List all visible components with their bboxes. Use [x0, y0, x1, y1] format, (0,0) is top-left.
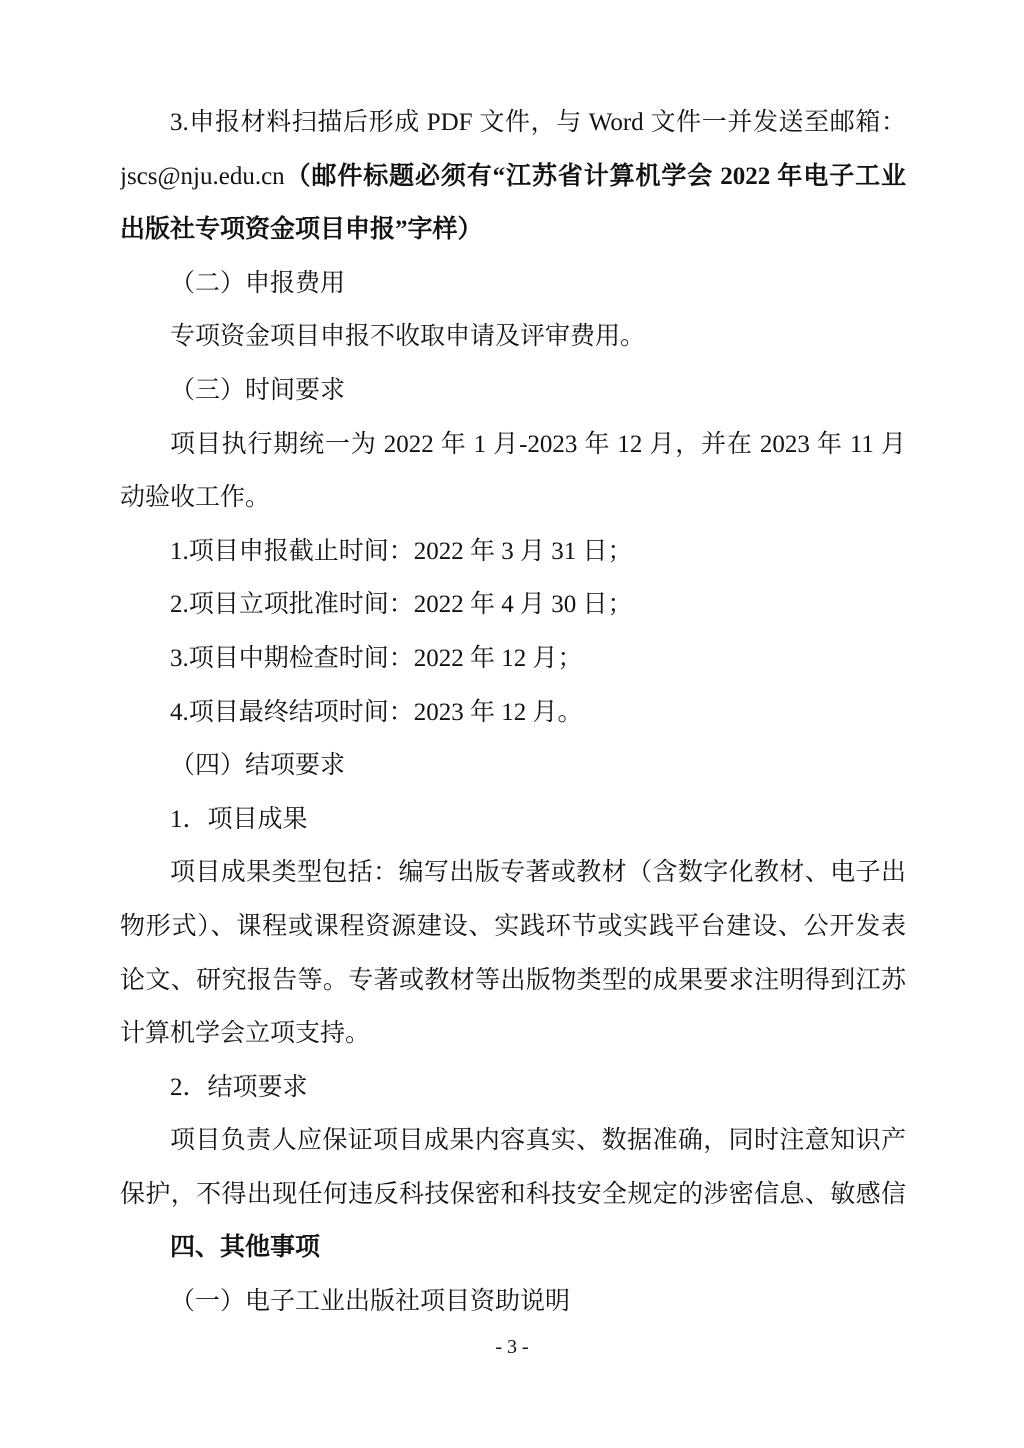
text-run: 项目执行期统一为 2022 年 1 月-2023 年 12 月，并在 2023 … — [120, 431, 906, 472]
list-time-4: 4.项目最终结项时间：2023 年 12 月。 — [120, 686, 906, 740]
text-run: 项目成果类型包括：编写出版专著或教材（含数字化教材、电子出版 — [120, 859, 906, 900]
heading-section-2: （二）申报费用 — [120, 257, 906, 311]
text-run: 项目负责人应保证项目成果内容真实、数据准确，同时注意知识产权 — [120, 1127, 906, 1168]
text-run: 论文、研究报告等。专著或教材等出版物类型的成果要求注明得到江苏省 — [120, 967, 906, 1008]
document-page: 3.申报材料扫描后形成 PDF 文件，与 Word 文件一并发送至邮箱：jscs… — [0, 0, 1024, 1448]
document-body: 3.申报材料扫描后形成 PDF 文件，与 Word 文件一并发送至邮箱：jscs… — [120, 96, 906, 1329]
para-mail-line-2: jscs@nju.edu.cn（邮件标题必须有“江苏省计算机学会 2022 年电… — [120, 150, 906, 204]
list-time-1: 1.项目申报截止时间：2022 年 3 月 31 日； — [120, 525, 906, 579]
list-time-2: 2.项目立项批准时间：2022 年 4 月 30 日； — [120, 578, 906, 632]
para-closure-line-2: 保护，不得出现任何违反科技保密和科技安全规定的涉密信息、敏感信息。 — [120, 1168, 906, 1222]
text-run-bold: 出版社专项资金项目申报”字样） — [120, 216, 483, 243]
list-time-3: 3.项目中期检查时间：2022 年 12 月； — [120, 632, 906, 686]
text-run-bold: 四、其他事项 — [170, 1234, 320, 1261]
para-results-line-1: 项目成果类型包括：编写出版专著或教材（含数字化教材、电子出版 — [120, 846, 906, 900]
para-results-line-3: 论文、研究报告等。专著或教材等出版物类型的成果要求注明得到江苏省 — [120, 954, 906, 1008]
heading-section-4: （四）结项要求 — [120, 739, 906, 793]
text-run: 2．结项要求 — [170, 1074, 308, 1101]
text-run: （三）时间要求 — [170, 377, 345, 404]
para-fee: 专项资金项目申报不收取申请及评审费用。 — [120, 310, 906, 364]
text-run: 动验收工作。 — [120, 484, 270, 511]
text-run: 计算机学会立项支持。 — [120, 1020, 370, 1047]
para-period-line-2: 动验收工作。 — [120, 471, 906, 525]
text-run: 3.项目中期检查时间：2022 年 12 月； — [170, 645, 583, 672]
text-run-bold: （邮件标题必须有“江苏省计算机学会 2022 年电子工业 — [285, 163, 906, 190]
text-run: 4.项目最终结项时间：2023 年 12 月。 — [170, 699, 583, 726]
text-run: （二）申报费用 — [170, 270, 345, 297]
text-run: 2.项目立项批准时间：2022 年 4 月 30 日； — [170, 591, 633, 618]
page-number: - 3 - — [0, 1333, 1024, 1361]
heading-closure: 2．结项要求 — [120, 1061, 906, 1115]
para-mail-line-3: 出版社专项资金项目申报”字样） — [120, 203, 906, 257]
heading-subsidy: （一）电子工业出版社项目资助说明 — [120, 1275, 906, 1329]
para-period-line-1: 项目执行期统一为 2022 年 1 月-2023 年 12 月，并在 2023 … — [120, 418, 906, 472]
text-run: （四）结项要求 — [170, 752, 345, 779]
text-run: 1.项目申报截止时间：2022 年 3 月 31 日； — [170, 538, 633, 565]
para-results-line-2: 物形式）、课程或课程资源建设、实践环节或实践平台建设、公开发表的 — [120, 900, 906, 954]
heading-results-1: 1．项目成果 — [120, 793, 906, 847]
text-run: 专项资金项目申报不收取申请及评审费用。 — [170, 323, 645, 350]
text-run: 物形式）、课程或课程资源建设、实践环节或实践平台建设、公开发表的 — [120, 913, 906, 954]
heading-section-3: （三）时间要求 — [120, 364, 906, 418]
text-run: 1．项目成果 — [170, 806, 308, 833]
email-text: jscs@nju.edu.cn — [120, 163, 285, 190]
text-run: 保护，不得出现任何违反科技保密和科技安全规定的涉密信息、敏感信息。 — [120, 1181, 906, 1222]
para-closure-line-1: 项目负责人应保证项目成果内容真实、数据准确，同时注意知识产权 — [120, 1114, 906, 1168]
para-results-line-4: 计算机学会立项支持。 — [120, 1007, 906, 1061]
para-mail-line-1: 3.申报材料扫描后形成 PDF 文件，与 Word 文件一并发送至邮箱： — [120, 96, 906, 150]
heading-section-other: 四、其他事项 — [120, 1221, 906, 1275]
text-run: （一）电子工业出版社项目资助说明 — [170, 1288, 570, 1315]
text-run: 3.申报材料扫描后形成 PDF 文件，与 Word 文件一并发送至邮箱： — [170, 109, 906, 136]
